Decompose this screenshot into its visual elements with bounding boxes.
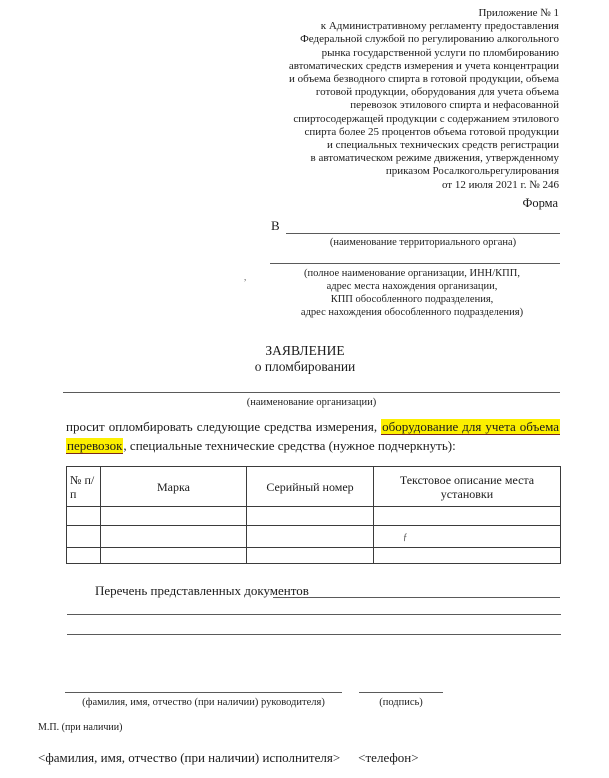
header-line: рынка государственной услуги по пломбиро…: [289, 47, 559, 60]
header-line: автоматических средств измерения и учета…: [289, 60, 559, 73]
header-line: от 12 июля 2021 г. № 246: [289, 179, 559, 192]
cell-serial: [247, 507, 374, 526]
head-name-caption: (фамилия, имя, отчество (при наличии) ру…: [60, 696, 347, 709]
highlighted-phrase: перевозок: [66, 438, 123, 454]
appendix-header: Приложение № 1 к Административному регла…: [289, 7, 559, 192]
header-line: и объема безводного спирта в готовой про…: [289, 73, 559, 86]
caption-line: адрес места нахождения организации,: [256, 280, 568, 293]
request-line-2: перевозок, специальные технические средс…: [66, 436, 560, 455]
header-line: спирта более 25 процентов объема готовой…: [289, 126, 559, 139]
scanned-form-page: Приложение № 1 к Административному регла…: [0, 0, 609, 778]
header-line: приказом Росалкогольрегулирования: [289, 165, 559, 178]
caption-line: КПП обособленного подразделения,: [256, 293, 568, 306]
cell-location: [374, 507, 561, 526]
col-header-brand: Марка: [101, 467, 247, 507]
header-line: в автоматическом режиме движения, утверж…: [289, 152, 559, 165]
header-line: спиртосодержащей продукции с содержанием…: [289, 113, 559, 126]
signature-caption: (подпись): [345, 696, 457, 709]
head-name-field: [65, 672, 342, 693]
signature-field: [359, 672, 443, 693]
table-row: ƒ: [67, 526, 561, 548]
cell-number: [67, 548, 101, 564]
stamp-label: М.П. (при наличии): [38, 722, 122, 733]
cell-serial: [247, 526, 374, 548]
request-paragraph: просит опломбировать следующие средства …: [66, 417, 560, 455]
col-header-location: Текстовое описание места установки: [374, 467, 561, 507]
header-line: и специальных технических средств регист…: [289, 139, 559, 152]
form-label: Форма: [522, 196, 558, 211]
organization-name-field: [63, 373, 560, 393]
request-text: просит опломбировать следующие средства …: [66, 419, 377, 434]
caption-line: адрес нахождения обособленного подраздел…: [256, 306, 568, 319]
document-title: ЗАЯВЛЕНИЕ о пломбировании: [58, 343, 552, 375]
header-line: Федеральной службой по регулированию алк…: [289, 33, 559, 46]
documents-field-line-3: [67, 615, 561, 635]
cell-brand: [101, 548, 247, 564]
executor-line: <фамилия, имя, отчество (при наличии) ис…: [38, 750, 419, 766]
cell-serial: [247, 548, 374, 564]
organization-name-caption: (наименование организации): [63, 396, 560, 409]
header-line: готовой продукции, оборудования для учет…: [289, 86, 559, 99]
col-header-serial: Серийный номер: [247, 467, 374, 507]
organization-details-caption: (полное наименование организации, ИНН/КП…: [256, 267, 568, 319]
addressee-prefix: В: [271, 218, 280, 234]
executor-label: <фамилия, имя, отчество (при наличии) ис…: [38, 750, 340, 765]
cell-location: [374, 548, 561, 564]
scan-speck: ƒ: [377, 530, 408, 544]
devices-table: № п/п Марка Серийный номер Текстовое опи…: [66, 466, 561, 564]
cell-brand: [101, 507, 247, 526]
cell-number: [67, 526, 101, 548]
scan-speck: ,: [244, 272, 246, 282]
highlighted-phrase: оборудование для учета объема: [381, 419, 560, 435]
header-line: к Административному регламенту предостав…: [289, 20, 559, 33]
request-line-1: просит опломбировать следующие средства …: [66, 417, 560, 436]
table-header-row: № п/п Марка Серийный номер Текстовое опи…: [67, 467, 561, 507]
col-header-number: № п/п: [67, 467, 101, 507]
organization-details-field: [270, 243, 560, 264]
cell-brand: [101, 526, 247, 548]
cell-location: ƒ: [374, 526, 561, 548]
caption-line: (полное наименование организации, ИНН/КП…: [256, 267, 568, 280]
table-row: [67, 507, 561, 526]
phone-label: <телефон>: [358, 750, 418, 765]
request-text: , специальные технические средства (нужн…: [123, 438, 455, 453]
documents-field-line-2: [67, 595, 561, 615]
header-line: перевозок этилового спирта и нефасованно…: [289, 99, 559, 112]
title-line-1: ЗАЯВЛЕНИЕ: [58, 343, 552, 359]
cell-number: [67, 507, 101, 526]
table-row: [67, 548, 561, 564]
header-line: Приложение № 1: [289, 7, 559, 20]
territorial-body-field: [286, 213, 560, 234]
